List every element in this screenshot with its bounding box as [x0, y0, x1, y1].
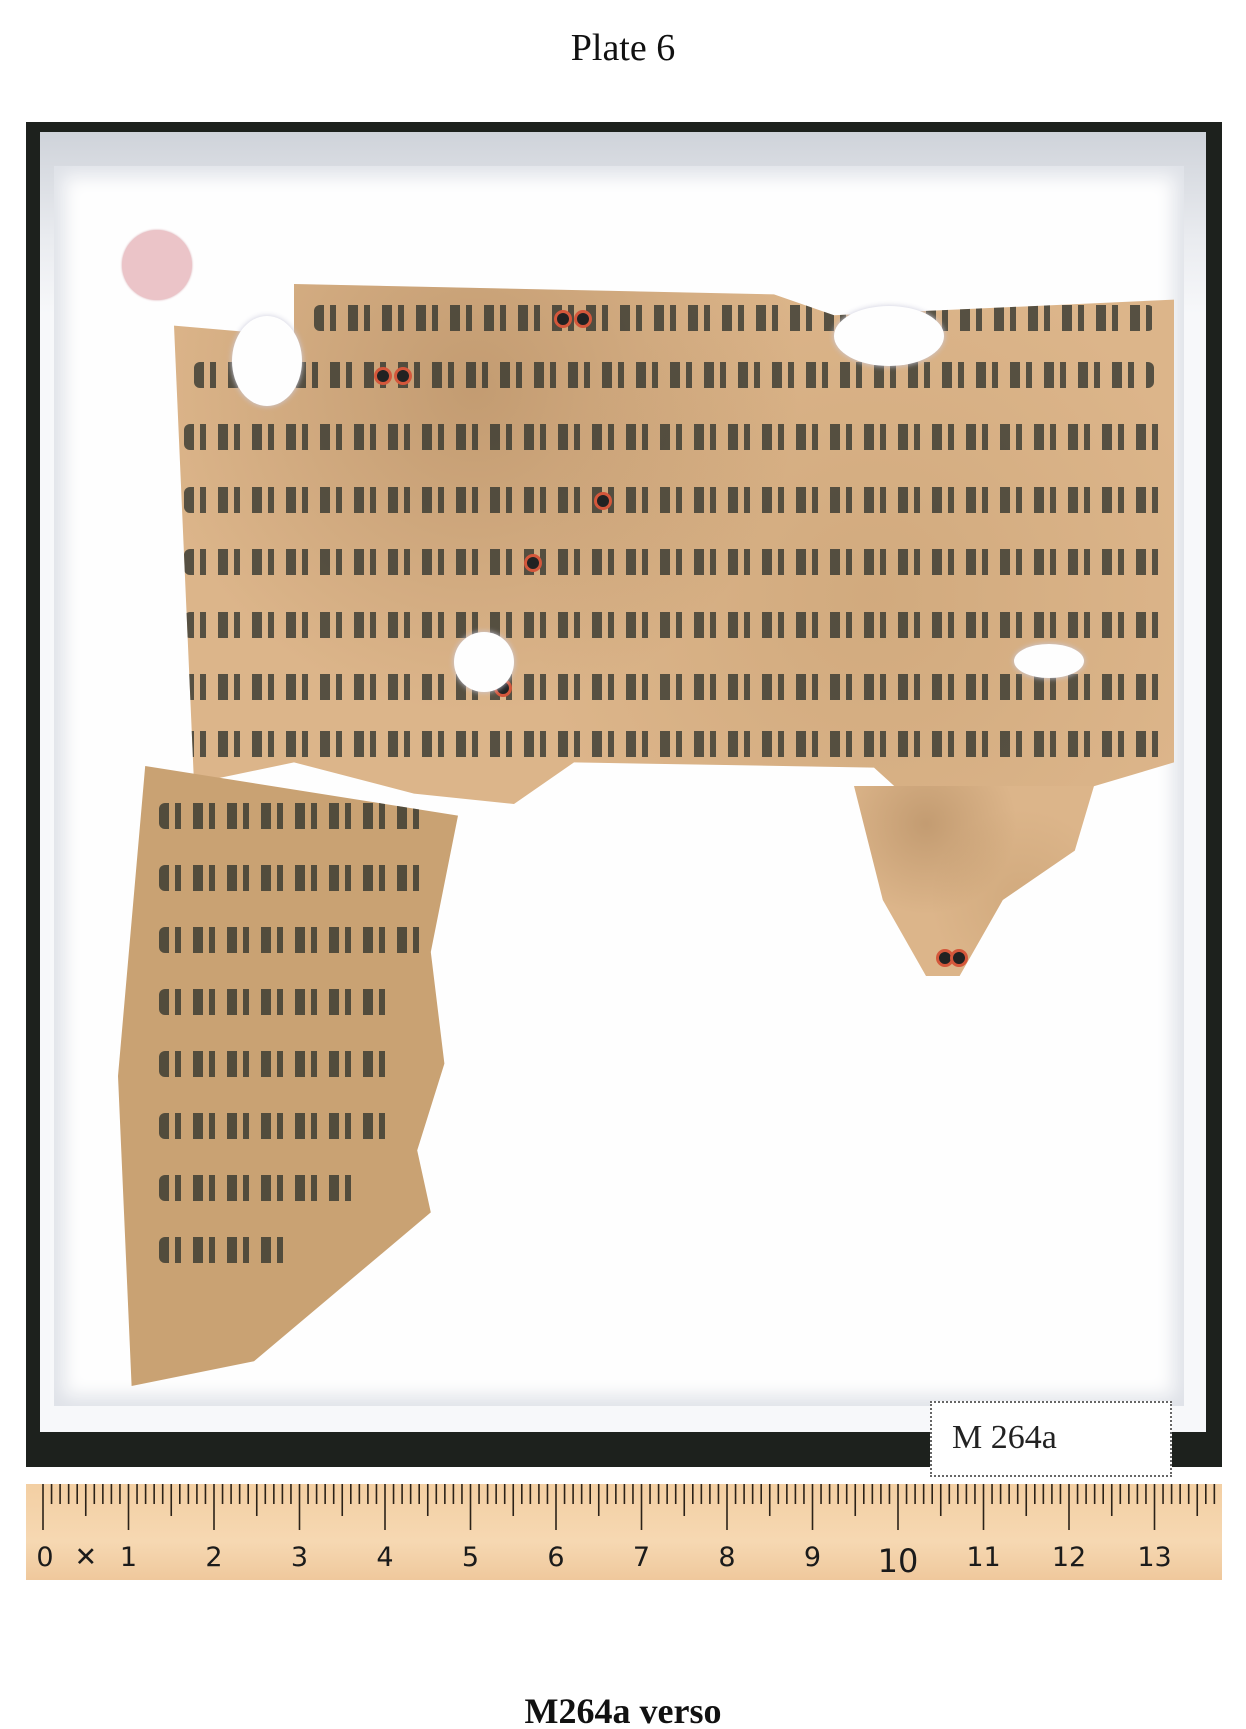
ruler-label: 4 [376, 1542, 393, 1573]
paper-hole [834, 306, 944, 366]
ruler-cross-icon: ✕ [74, 1542, 97, 1573]
ruler-label: 2 [205, 1542, 222, 1573]
rubric-dot [574, 310, 592, 328]
paper-hole [454, 632, 514, 692]
scale-ruler: 012345678910111213✕ [26, 1484, 1222, 1580]
collection-seal-icon [122, 230, 192, 300]
white-mount: M 264a [54, 166, 1184, 1406]
photo-frame: M 264a [26, 122, 1222, 1467]
ruler-label: 9 [804, 1542, 821, 1573]
ruler-label: 11 [966, 1542, 1000, 1573]
ruler-label: 6 [547, 1542, 564, 1573]
ruler-label: 7 [633, 1542, 650, 1573]
glass-pane: M 264a [40, 132, 1206, 1432]
paper-hole [232, 316, 302, 406]
ruler-label: 8 [718, 1542, 735, 1573]
rubric-dot [950, 949, 968, 967]
ruler-label: 0 [36, 1542, 53, 1573]
ruler-label: 5 [462, 1542, 479, 1573]
paper-hole [1014, 644, 1084, 678]
manuscript-fragment-upper [174, 284, 1174, 804]
mount-label-text: M 264a [952, 1419, 1057, 1457]
plate-caption: M264a verso [0, 1690, 1246, 1729]
rubric-dot [594, 492, 612, 510]
script-lines [174, 284, 1174, 804]
ruler-label: 10 [878, 1542, 919, 1580]
ruler-label: 3 [291, 1542, 308, 1573]
mount-label: M 264a [930, 1401, 1172, 1477]
manuscript-fragment-tail [854, 786, 1094, 976]
ruler-ticks [26, 1484, 1222, 1544]
ruler-label: 12 [1052, 1542, 1086, 1573]
manuscript-fragment-lower-left [118, 766, 458, 1386]
plate-title: Plate 6 [0, 26, 1246, 70]
ruler-label: 13 [1137, 1542, 1171, 1573]
rubric-dot [554, 310, 572, 328]
ruler-label: 1 [120, 1542, 137, 1573]
